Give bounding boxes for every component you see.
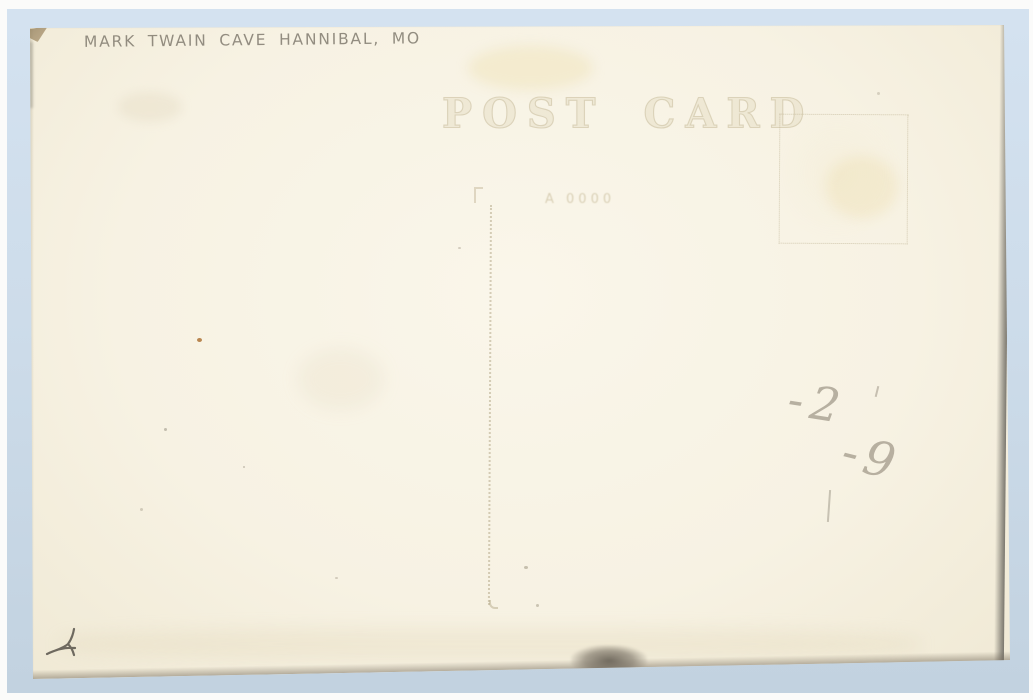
divider-bottom-mark (489, 600, 498, 609)
handwritten-caption: MARK TWAIN CAVE HANNIBAL, MO (84, 29, 444, 51)
pencil-scribble (42, 626, 84, 662)
paper-speck (536, 604, 539, 607)
postcard-back: MARK TWAIN CAVE HANNIBAL, MO POST CARD A… (0, 0, 1033, 700)
paper-speck (877, 92, 880, 95)
pencil-tick (875, 386, 880, 397)
paper-speck (335, 577, 338, 579)
pencil-mark-9: -9 (836, 424, 907, 493)
paper-speck (197, 338, 202, 342)
paper-stain (60, 628, 920, 660)
pencil-mark-2: -2 (784, 372, 851, 435)
paper-speck (458, 247, 461, 249)
paper-stain (298, 348, 384, 410)
paper-stain (468, 46, 593, 90)
stamp-box (779, 114, 909, 245)
postcard-photo: MARK TWAIN CAVE HANNIBAL, MO POST CARD A… (0, 0, 1033, 700)
divider-top-mark (474, 187, 483, 203)
address-divider-line (488, 205, 492, 605)
paper-stain (118, 92, 182, 122)
edge-smudge (571, 645, 647, 671)
postcard-title: POST CARD (442, 90, 814, 138)
pencil-stroke (827, 490, 831, 522)
faint-serial-mark: A 0000 (545, 192, 615, 207)
paper-speck (164, 428, 167, 431)
paper-speck (243, 466, 245, 468)
paper-speck (140, 508, 143, 511)
paper-speck (524, 566, 528, 569)
